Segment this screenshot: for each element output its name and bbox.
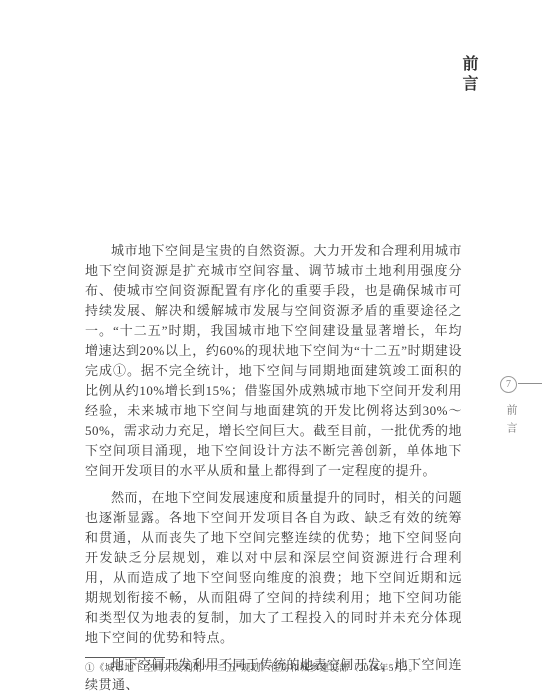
chapter-title: 前言 [460, 55, 476, 95]
paragraph-1: 城市地下空间是宝贵的自然资源。大力开发和合理利用城市地下空间资源是扩充城市空间容… [85, 241, 462, 481]
margin-rule-line [518, 383, 542, 384]
footnote-area: ①《城市地下空间开发利用“十三五”规划》住房和城乡建设部（2016年5月）。 [85, 657, 462, 676]
footnote-separator-rule [85, 657, 165, 658]
page-margin-marker: 7 前言 [482, 0, 542, 700]
body-text: 城市地下空间是宝贵的自然资源。大力开发和合理利用城市地下空间资源是扩充城市空间容… [85, 241, 462, 700]
footnote-text: ①《城市地下空间开发利用“十三五”规划》住房和城乡建设部（2016年5月）。 [85, 663, 462, 676]
margin-chapter-label: 前言 [505, 404, 516, 440]
paragraph-2: 然而，在地下空间发展速度和质量提升的同时，相关的问题也逐渐显露。各地下空间开发项… [85, 488, 462, 648]
page-number-badge: 7 [500, 376, 517, 393]
preface-page: 前言 城市地下空间是宝贵的自然资源。大力开发和合理利用城市地下空间资源是扩充城市… [0, 0, 542, 700]
